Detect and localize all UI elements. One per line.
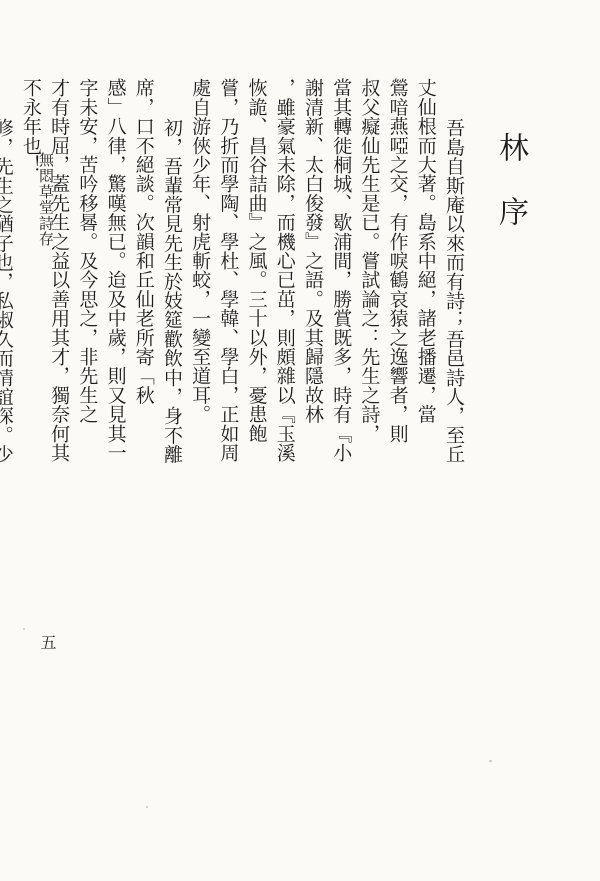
text-column-10: 處自游俠少年、射虎斬蛟，一變至道耳。 (186, 78, 214, 825)
text-column-6: 謝清新、太白俊發』之語。及其歸隱故林 (299, 78, 327, 825)
text-column-14: 字未安，苦吟移晷。及今思之，非先生之 (73, 78, 101, 825)
text-block: 林 序 吾島自斯庵以來而有詩；吾邑詩人，至丘丈仙根而大著。島系中絕，諸老播遷，當… (0, 78, 530, 825)
text-column-11: 初，吾輩常見先生於妓筵歡飲中，身不離 (158, 78, 186, 825)
text-column-13: 感」八律，驚嘆無已。迨及中歲，則又見其一 (101, 78, 129, 825)
text-column-9: 嘗，乃折而學陶、學杜、學韓、學白，正如周 (214, 78, 242, 825)
book-page: 林 序 吾島自斯庵以來而有詩；吾邑詩人，至丘丈仙根而大著。島系中絕，諸老播遷，當… (0, 0, 600, 881)
text-column-5: 當其轉徙桐城、歇浦間，勝賞既多，時有『小 (327, 78, 355, 825)
scan-speck (146, 806, 148, 808)
text-column-17: 修，先生之猶子也，私淑久而情誼深。少 (0, 78, 17, 825)
text-column-12: 席，口不絕談。次韻和丘仙老所寄「秋 (130, 78, 158, 825)
text-column-2: 丈仙根而大著。島系中絕，諸老播遷，當 (412, 78, 440, 825)
text-column-7: ，雖豪氣未除，而機心已茁，則頗雜以『玉溪 (271, 78, 299, 825)
scan-speck (23, 628, 25, 630)
text-column-4: 叔父癡仙先生是已。嘗試論之：先生之詩， (355, 78, 383, 825)
text-column-3: 鶯喑燕啞之交，有作唳鶴哀猿之逸響者，則 (383, 78, 411, 825)
page-number: 五 (36, 634, 59, 650)
text-column-1: 吾島自斯庵以來而有詩；吾邑詩人，至丘 (440, 78, 468, 825)
spine-title: 無悶草堂詩存 (36, 152, 57, 247)
scan-speck (489, 760, 492, 762)
text-column-8: 恢詭、昌谷詰曲』之風。三十以外，憂患飽 (242, 78, 270, 825)
page-title: 林 序 (490, 78, 530, 825)
